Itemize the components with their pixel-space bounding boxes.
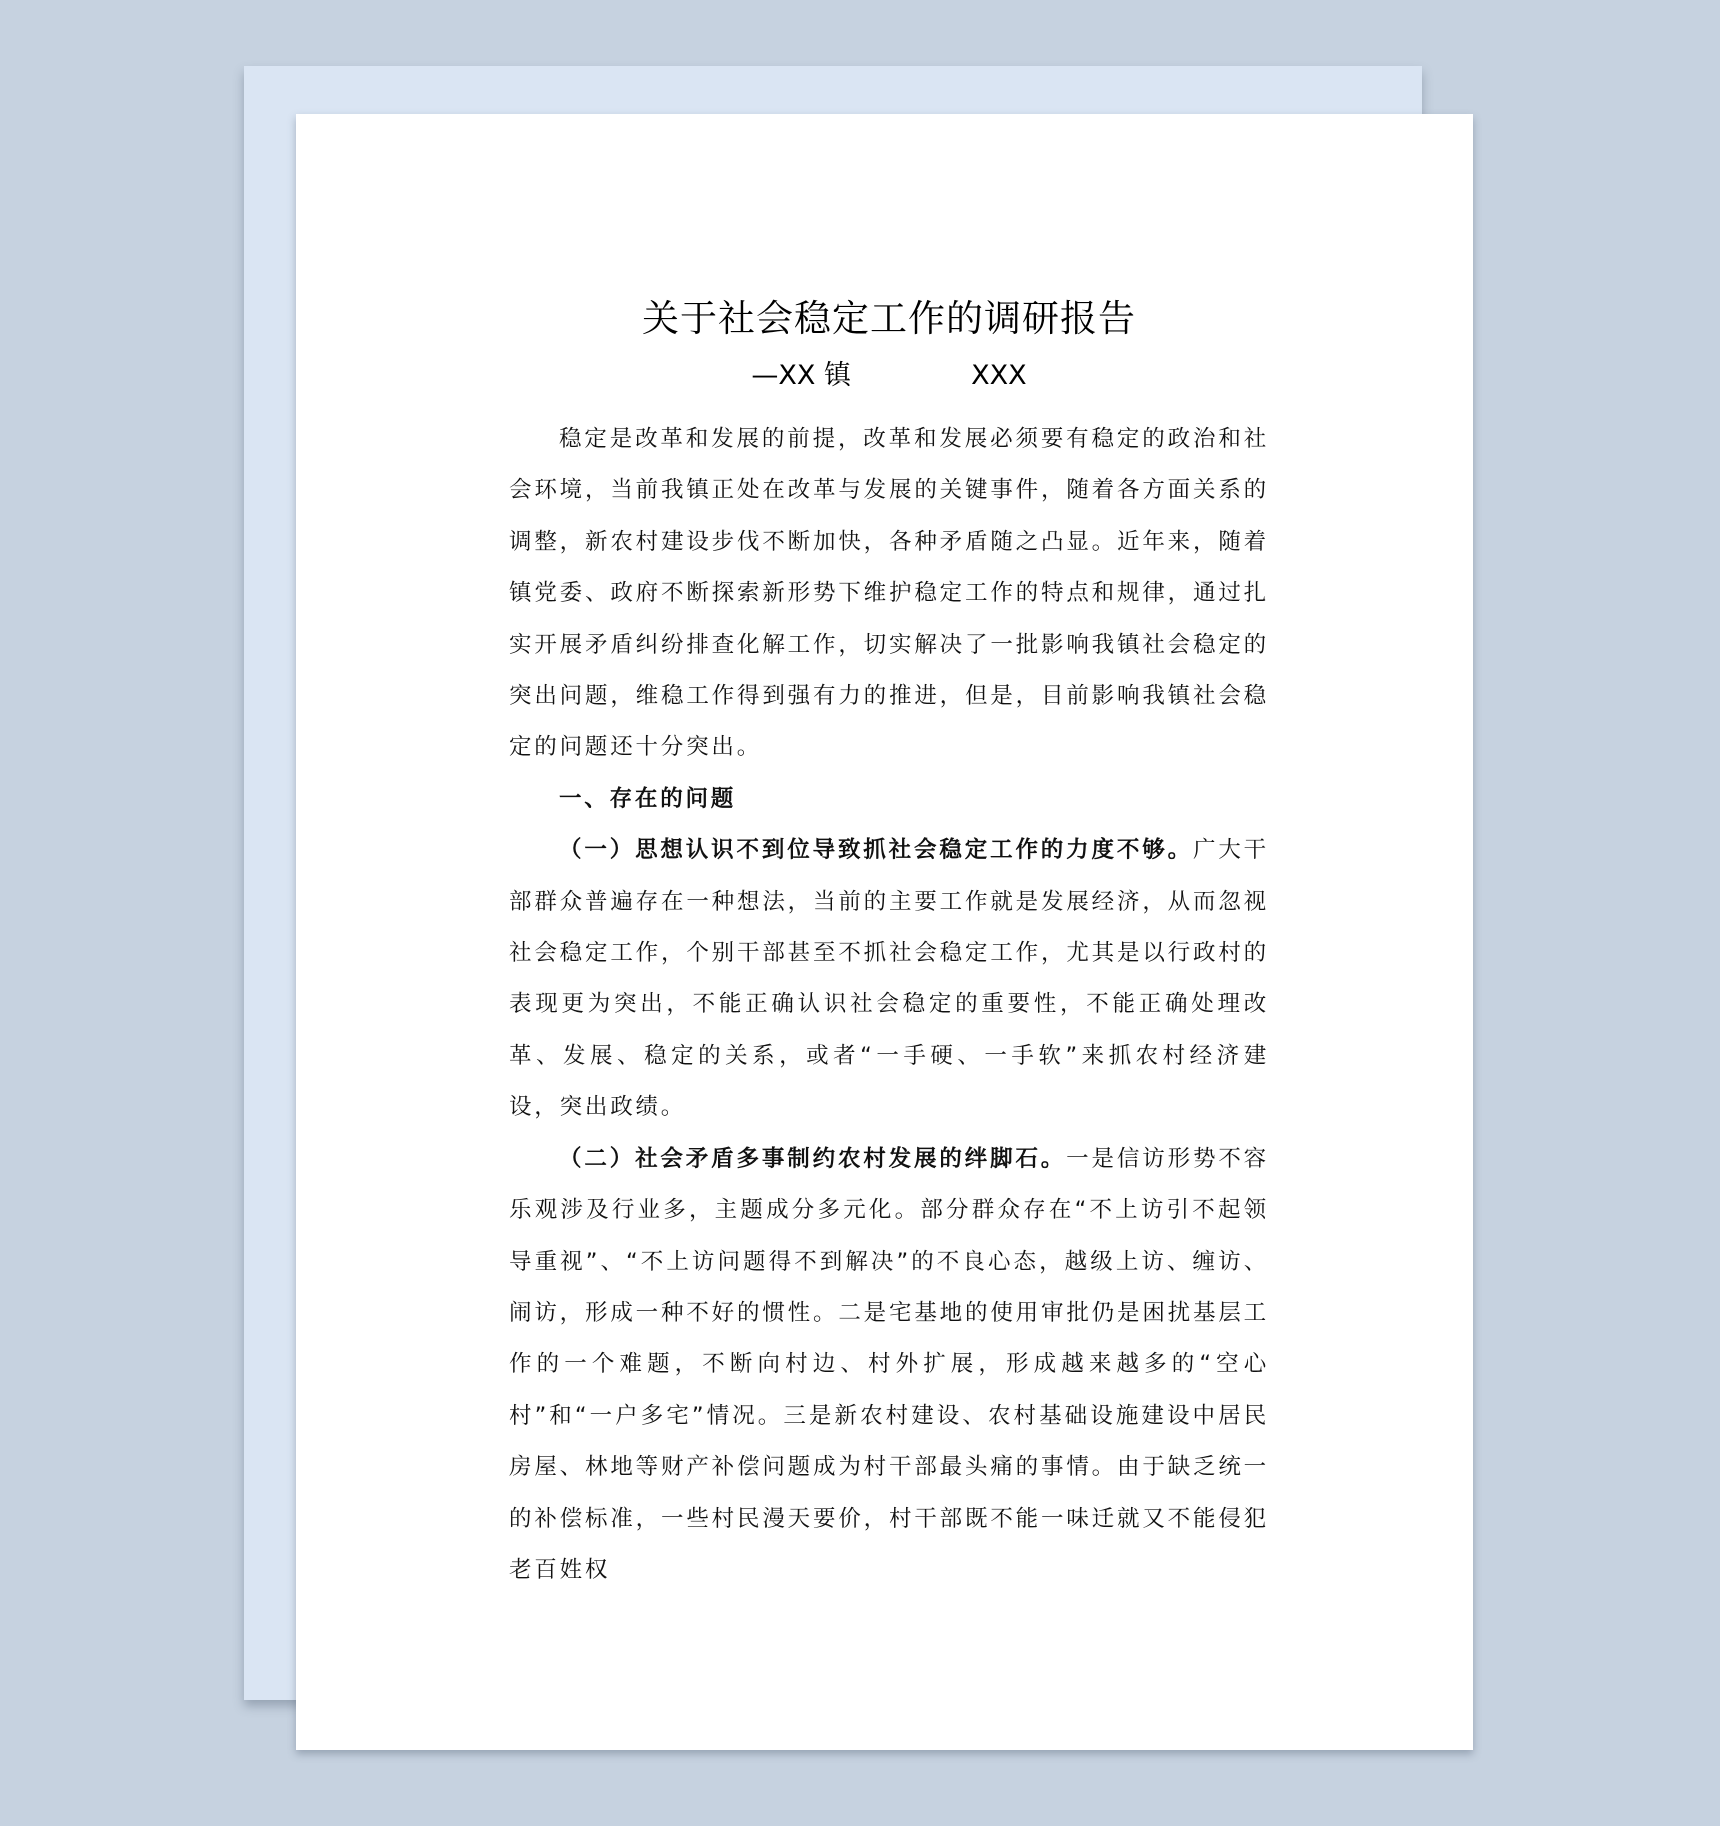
document-subtitle: —XX 镇 XXX <box>509 354 1269 398</box>
paragraph-item-2: （二）社会矛盾多事制约农村发展的绊脚石。一是信访形势不容乐观涉及行业多，主题成分… <box>509 1134 1269 1597</box>
paragraph-item-1: （一）思想认识不到位导致抓社会稳定工作的力度不够。广大干部群众普遍存在一种想法，… <box>509 825 1269 1133</box>
paragraph-item-2-lead: （二）社会矛盾多事制约农村发展的绊脚石。 <box>559 1146 1066 1172</box>
paragraph-item-2-text: 一是信访形势不容乐观涉及行业多，主题成分多元化。部分群众存在“不上访引不起领导重… <box>509 1146 1269 1583</box>
document-title: 关于社会稳定工作的调研报告 <box>469 294 1309 344</box>
document-body: 稳定是改革和发展的前提，改革和发展必须要有稳定的政治和社会环境，当前我镇正处在改… <box>509 414 1269 1596</box>
intro-paragraph: 稳定是改革和发展的前提，改革和发展必须要有稳定的政治和社会环境，当前我镇正处在改… <box>509 414 1269 774</box>
paragraph-item-1-lead: （一）思想认识不到位导致抓社会稳定工作的力度不够。 <box>559 837 1193 863</box>
paragraph-item-1-text: 广大干部群众普遍存在一种想法，当前的主要工作就是发展经济，从而忽视社会稳定工作，… <box>509 837 1269 1120</box>
document-page: 关于社会稳定工作的调研报告 —XX 镇 XXX 稳定是改革和发展的前提，改革和发… <box>296 114 1473 1750</box>
section-heading-problems: 一、存在的问题 <box>509 774 1269 825</box>
